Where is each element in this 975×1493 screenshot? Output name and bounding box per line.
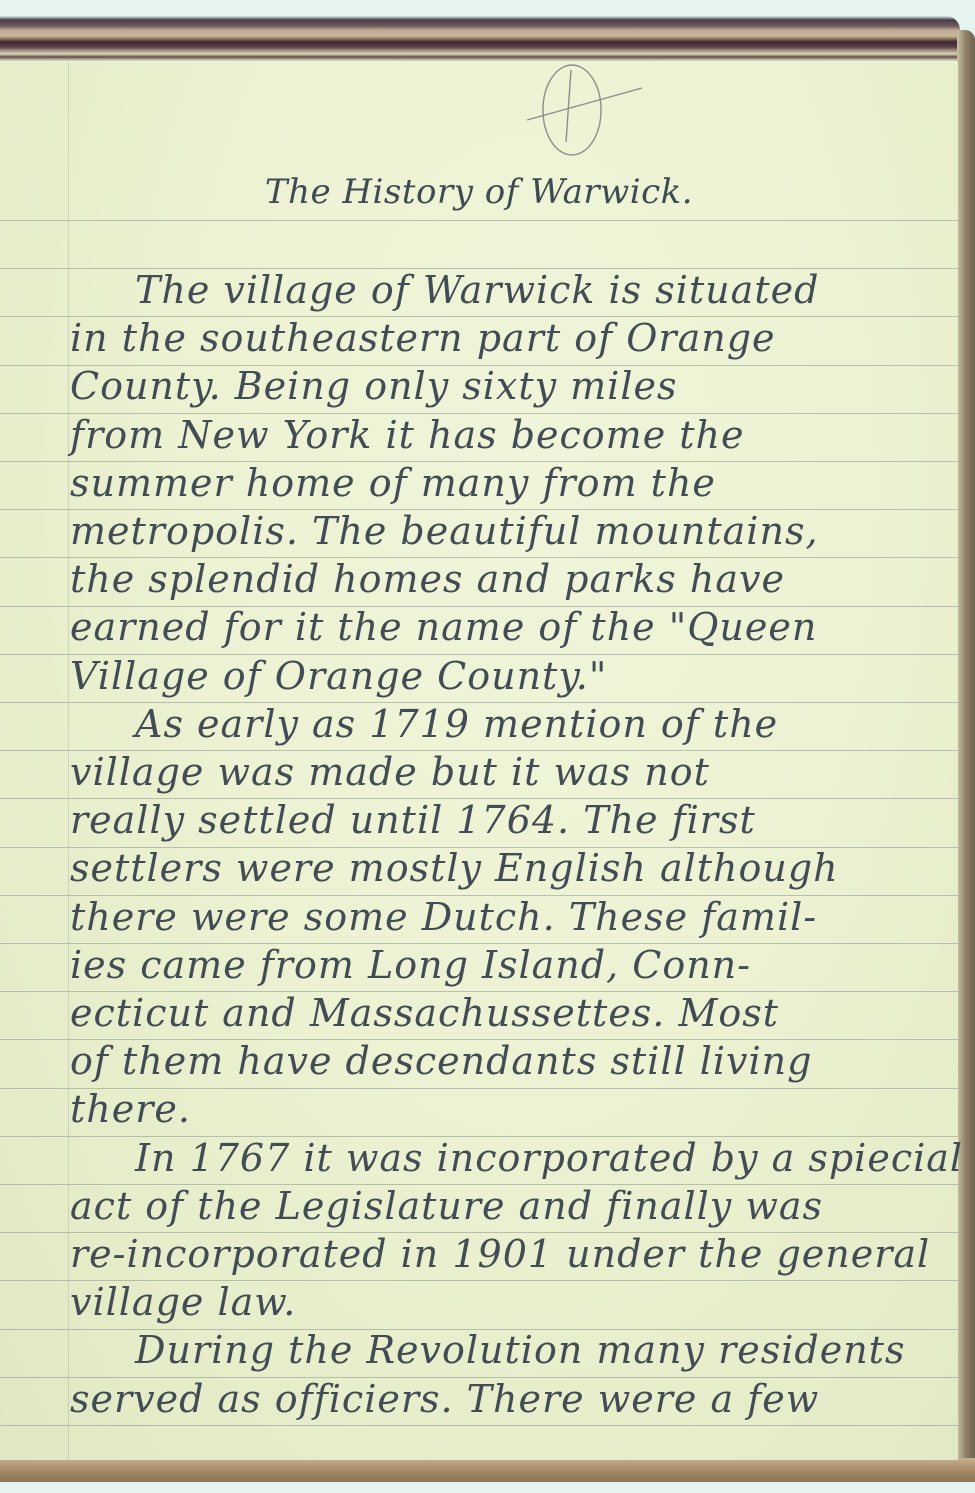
handwritten-line: As early as 1719 mention of the — [135, 702, 778, 746]
handwritten-line: County. Being only sixty miles — [70, 364, 677, 408]
notebook-binding-bottom — [0, 1458, 975, 1482]
paper-page: The History of Warwick. The village of W… — [0, 62, 958, 1460]
page-title: The History of Warwick. — [0, 172, 958, 212]
handwritten-line: from New York it has become the — [70, 413, 745, 457]
handwritten-line: there were some Dutch. These famil- — [70, 895, 817, 939]
handwritten-line: village was made but it was not — [70, 750, 710, 794]
handwritten-line: ies came from Long Island, Conn- — [70, 943, 751, 987]
notebook-binding-top — [0, 16, 960, 61]
handwritten-line: earned for it the name of the "Queen — [70, 605, 817, 649]
handwritten-line: the splendid homes and parks have — [70, 557, 785, 601]
handwritten-line: summer home of many from the — [70, 461, 716, 505]
handwritten-line: The village of Warwick is situated — [135, 268, 819, 312]
handwritten-line: In 1767 it was incorporated by a spiecia… — [135, 1136, 963, 1180]
handwritten-line: served as officiers. There were a few — [70, 1377, 819, 1421]
handwritten-line: ecticut and Massachussettes. Most — [70, 991, 779, 1035]
ruled-line — [0, 220, 958, 221]
handwritten-line: settlers were mostly English although — [70, 846, 839, 890]
handwritten-line: re-incorporated in 1901 under the genera… — [70, 1232, 930, 1276]
handwritten-line: metropolis. The beautiful mountains, — [70, 509, 819, 553]
handwritten-line: During the Revolution many residents — [135, 1328, 905, 1372]
handwritten-line: in the southeastern part of Orange — [70, 316, 776, 360]
pencil-circled-plus-icon — [515, 62, 675, 172]
handwritten-line: there. — [70, 1087, 191, 1131]
handwritten-line: Village of Orange County." — [70, 654, 607, 698]
notebook-binding-right — [957, 30, 975, 1470]
handwritten-line: act of the Legislature and finally was — [70, 1184, 823, 1228]
handwritten-line: of them have descendants still living — [70, 1039, 812, 1083]
handwritten-line: village law. — [70, 1280, 296, 1324]
margin-line — [68, 62, 69, 1460]
scanned-notebook-page: The History of Warwick. The village of W… — [0, 0, 975, 1493]
ruled-line — [0, 1425, 958, 1426]
handwritten-line: really settled until 1764. The first — [70, 798, 756, 842]
